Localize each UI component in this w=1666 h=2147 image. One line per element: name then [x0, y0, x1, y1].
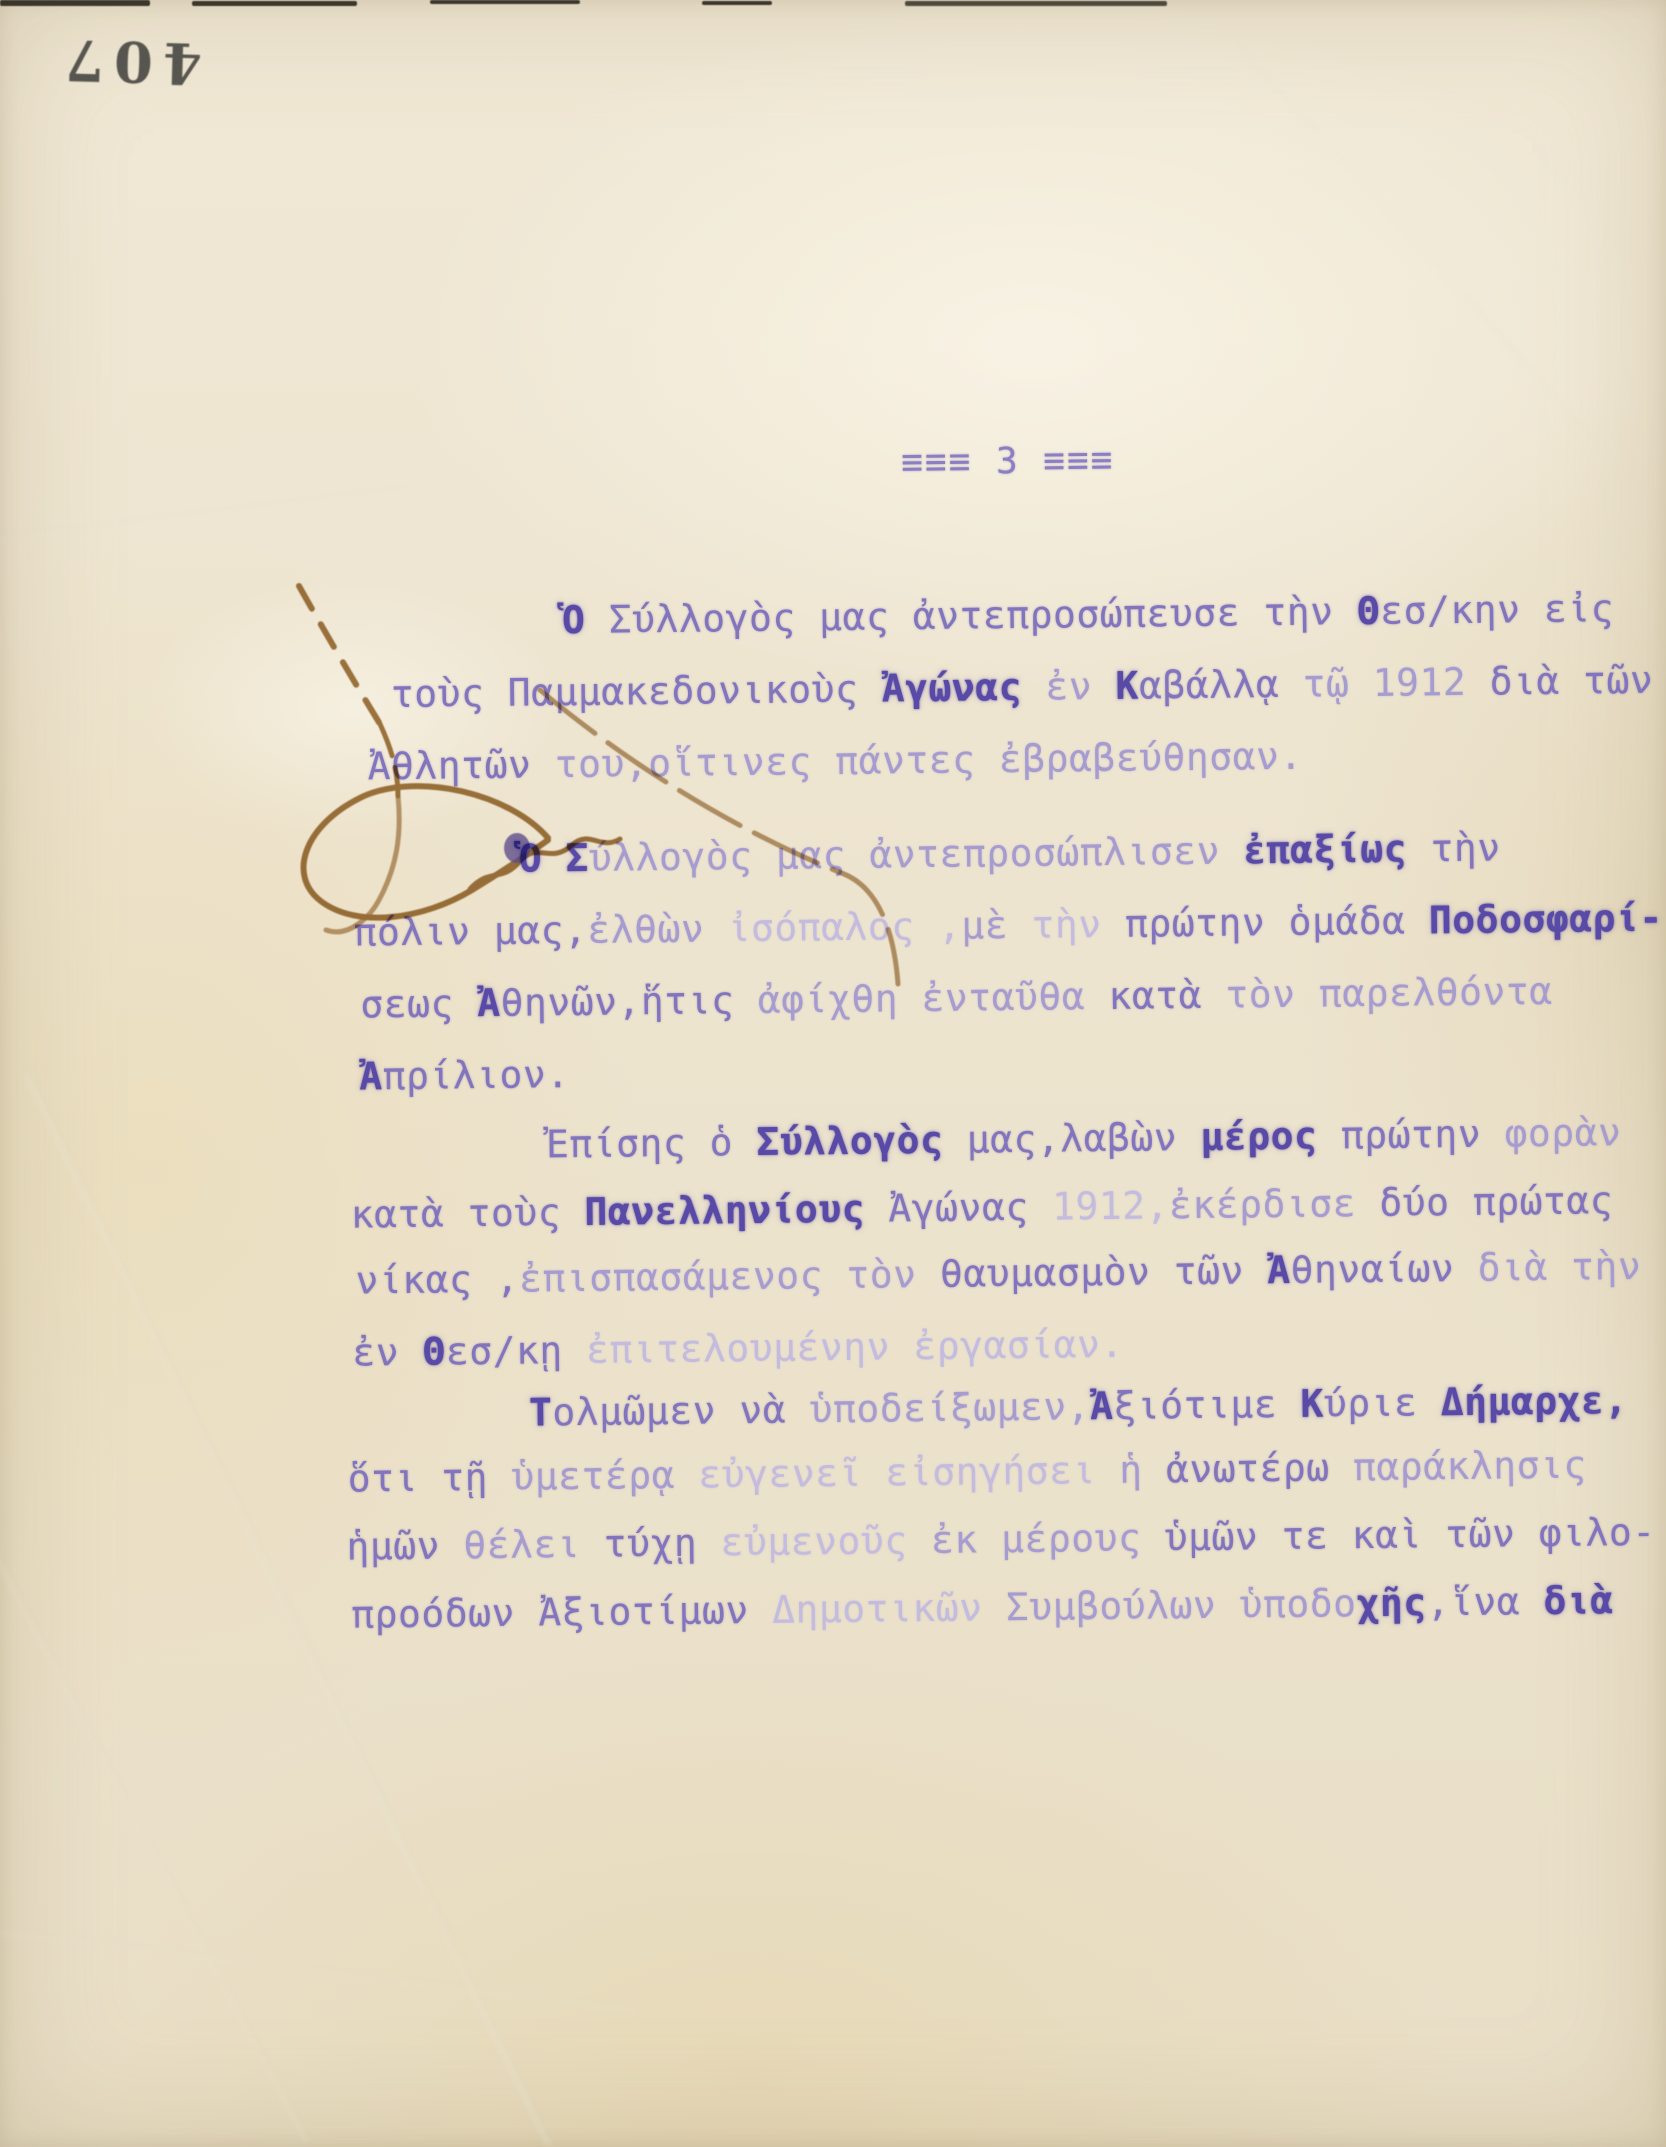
ink-blot [504, 833, 530, 863]
document-page: 407 ≡≡≡ 3 ≡≡≡ Ὁ Σύλλογὸς μας ἀντεπροσώπε… [0, 0, 1666, 2147]
signature-ink [0, 0, 1666, 2147]
